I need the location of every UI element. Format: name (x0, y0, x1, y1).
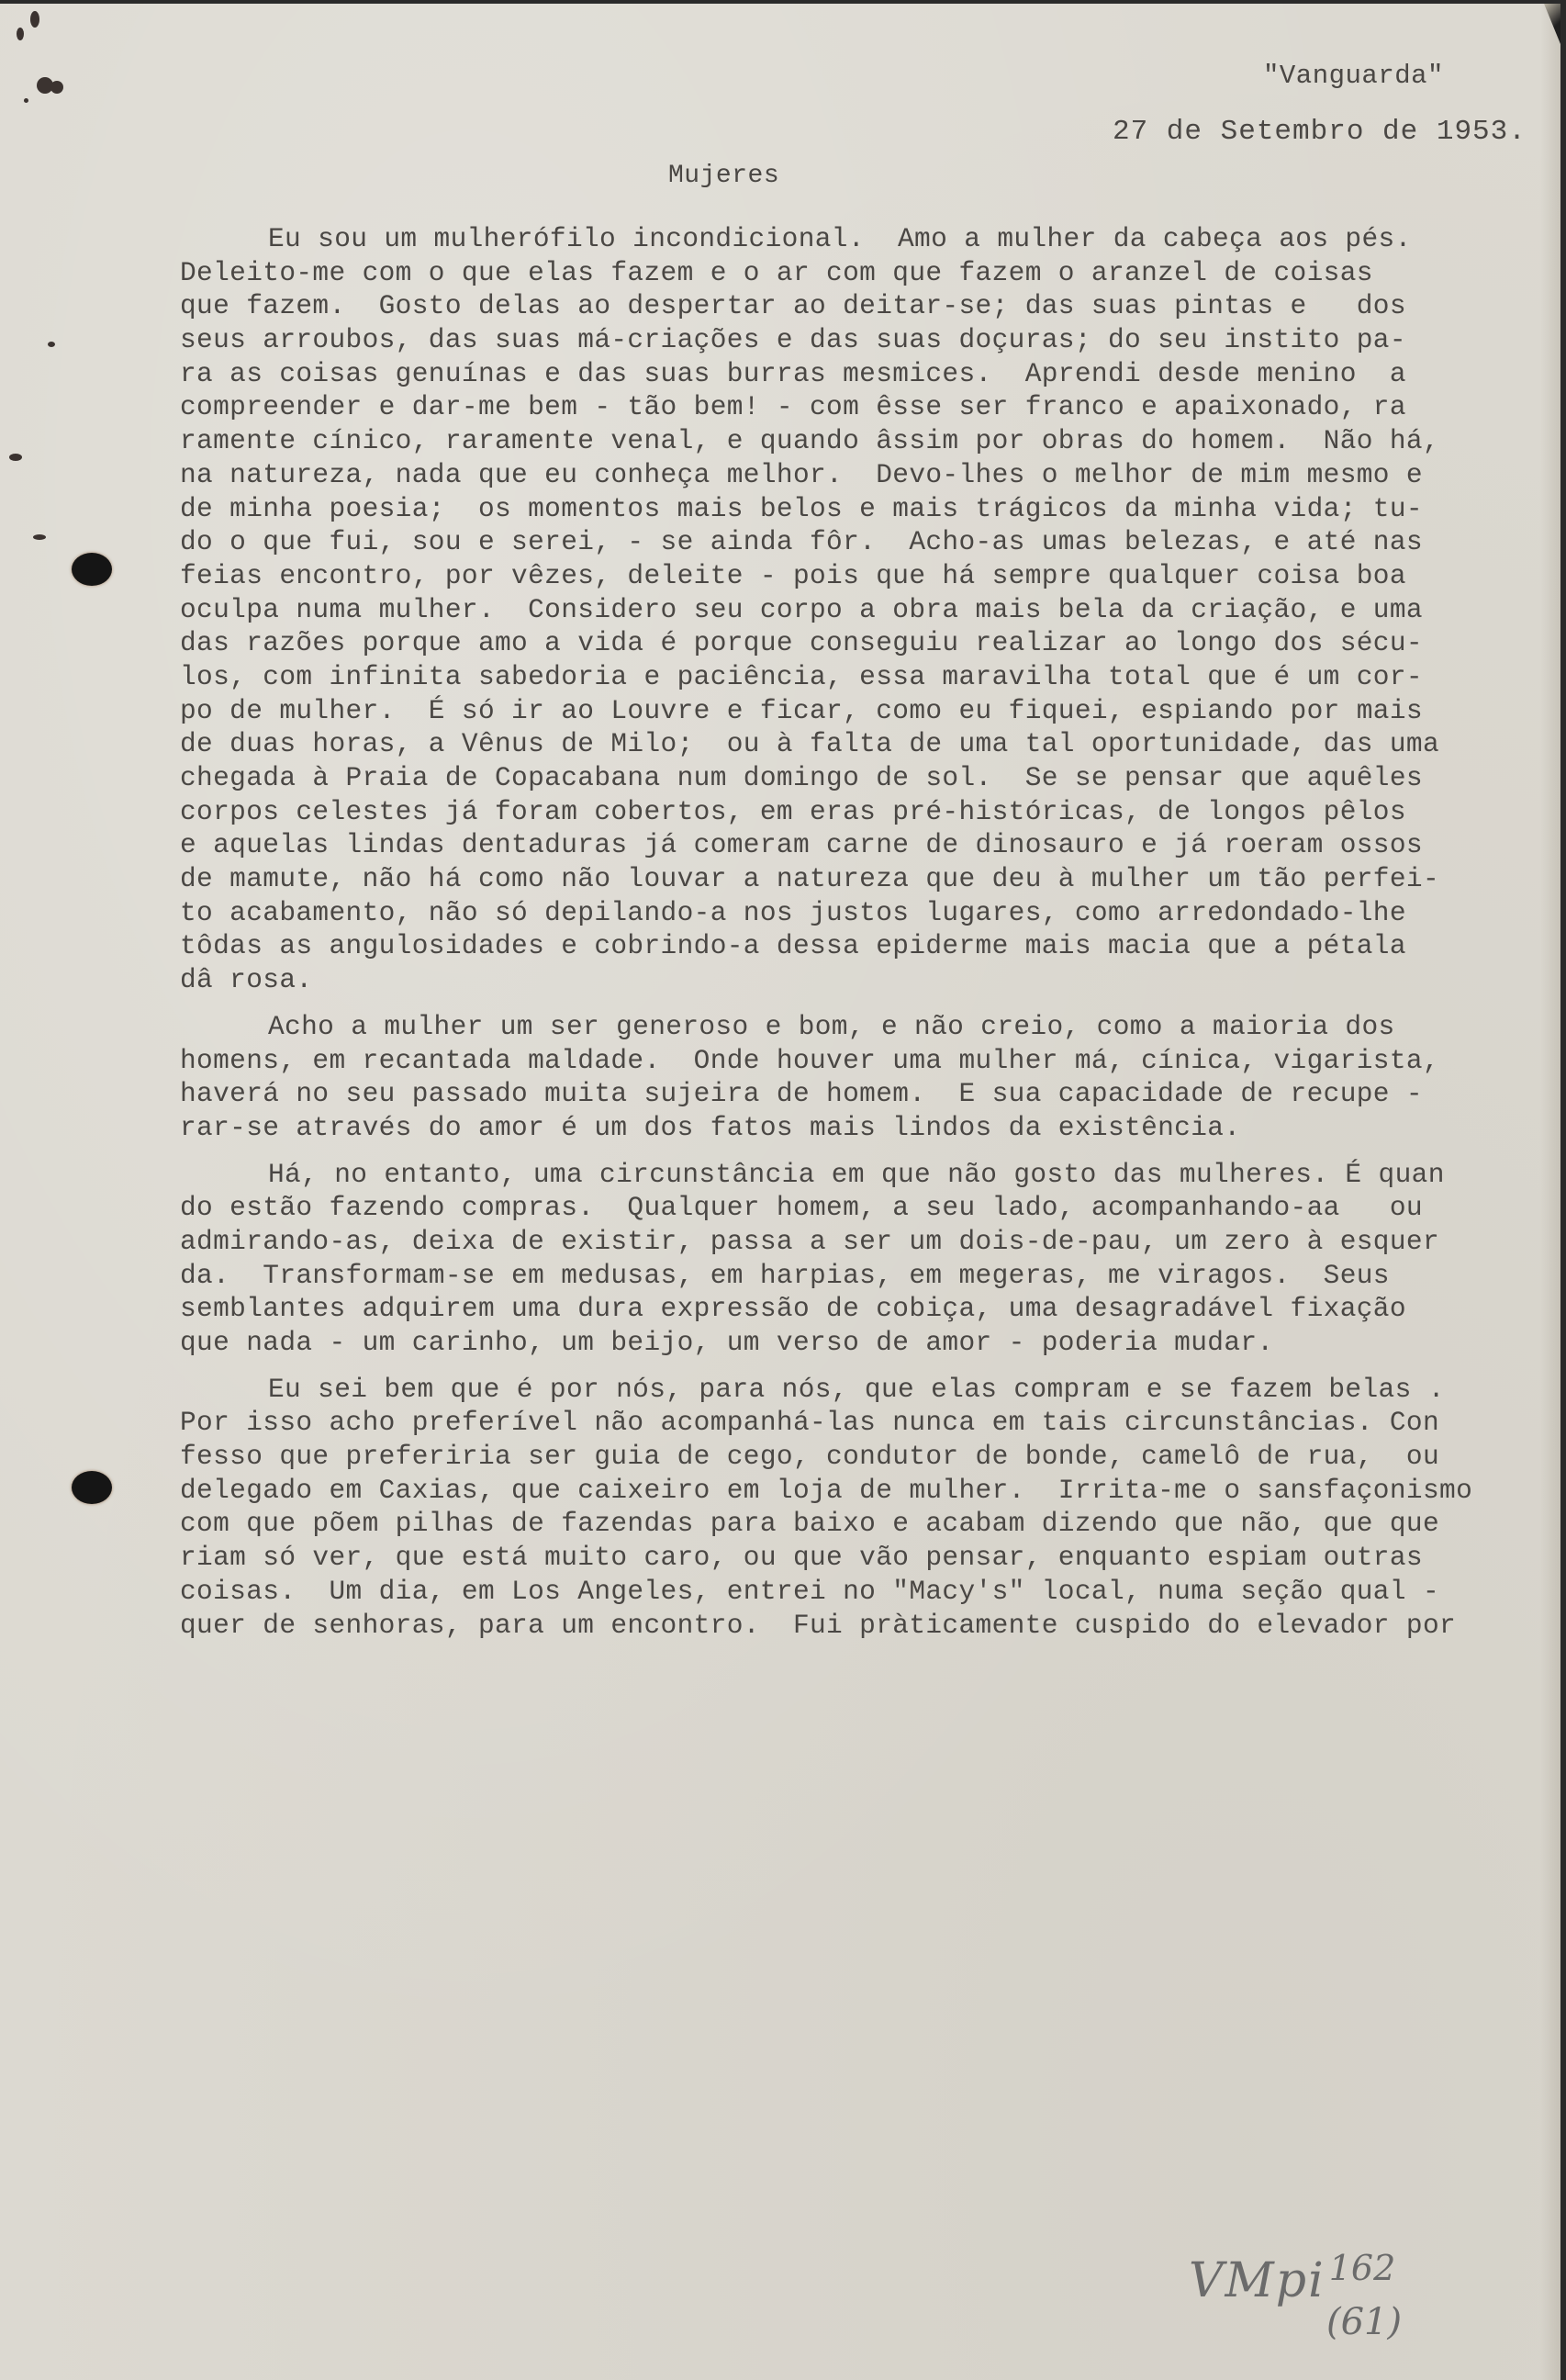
text-line: riam só ver, que está muito caro, ou que… (180, 1541, 1557, 1575)
text-line: Acho a mulher um ser generoso e bom, e n… (180, 1010, 1557, 1044)
text-line: to acabamento, não só depilando-a nos ju… (180, 896, 1557, 930)
paragraph-3: Há, no entanto, uma circunstância em que… (180, 1158, 1557, 1360)
text-line: Há, no entanto, uma circunstância em que… (180, 1158, 1557, 1192)
text-line: do o que fui, sou e serei, - se ainda fô… (180, 525, 1557, 559)
text-line: na natureza, nada que eu conheça melhor.… (180, 458, 1557, 492)
ink-speck (17, 28, 24, 40)
archive-annotation: VMpi162 (61) (1189, 2253, 1395, 2308)
text-line: compreender e dar-me bem - tão bem! - co… (180, 390, 1557, 424)
text-line: chegada à Praia de Copacabana num doming… (180, 761, 1557, 795)
ink-speck (9, 454, 22, 461)
ink-speck (48, 342, 55, 347)
text-line: fesso que preferiria ser guia de cego, c… (180, 1440, 1557, 1474)
ink-speck (30, 11, 39, 28)
text-line: Eu sou um mulheróf­ilo incondicional. Am… (180, 222, 1557, 256)
ink-speck (24, 98, 28, 103)
text-line: ramente cínico, raramente venal, e quand… (180, 424, 1557, 458)
text-line: quer de senhoras, para um encontro. Fui … (180, 1609, 1557, 1643)
text-line: haverá no seu passado muita sujeira de h… (180, 1077, 1557, 1111)
text-line: ra as coisas genuínas e das suas burras … (180, 357, 1557, 391)
text-line: Por isso acho preferível não acompanhá-l… (180, 1406, 1557, 1440)
text-line: feias encontro, por vêzes, deleite - poi… (180, 559, 1557, 593)
text-line: da. Transformam-se em medusas, em harpia… (180, 1259, 1557, 1293)
text-line: corpos celestes já foram cobertos, em er… (180, 795, 1557, 829)
text-line: los, com infinita sabedoria e paciência,… (180, 660, 1557, 694)
text-line: e aquelas lindas dentaduras já comeram c… (180, 828, 1557, 862)
text-line: de minha poesia; os momentos mais belos … (180, 492, 1557, 526)
text-line: do estão fazendo compras. Qualquer homem… (180, 1191, 1557, 1225)
paragraph-gap (180, 1360, 1557, 1373)
annotation-subnumber: (61) (1326, 2301, 1402, 2343)
typewritten-page: "Vanguarda" 27 de Setembro de 1953. Muje… (0, 4, 1560, 2380)
paragraph-gap (180, 1145, 1557, 1158)
text-line: coisas. Um dia, em Los Angeles, entrei n… (180, 1575, 1557, 1609)
text-line: que fazem. Gosto delas ao despertar ao d… (180, 289, 1557, 323)
article-body: Eu sou um mulheróf­ilo incondicional. Am… (180, 222, 1557, 1642)
binder-hole-lower (72, 1471, 112, 1504)
paragraph-4: Eu sei bem que é por nós, para nós, que … (180, 1373, 1557, 1643)
text-line: delegado em Caxias, que caixeiro em loja… (180, 1474, 1557, 1508)
paragraph-2: Acho a mulher um ser generoso e bom, e n… (180, 1010, 1557, 1145)
text-line: de duas horas, a Vênus de Milo; ou à fal… (180, 727, 1557, 761)
text-line: Deleito-me com o que elas fazem e o ar c… (180, 256, 1557, 290)
document-date: 27 de Setembro de 1953. (1113, 116, 1527, 148)
ink-speck (33, 534, 46, 540)
text-line: dâ rosa. (180, 963, 1557, 997)
text-line: oculpa numa mulher. Considero seu corpo … (180, 593, 1557, 627)
text-line: admirando-as, deixa de existir, passa a … (180, 1225, 1557, 1259)
text-line: Eu sei bem que é por nós, para nós, que … (180, 1373, 1557, 1407)
paragraph-1: Eu sou um mulheróf­ilo incondicional. Am… (180, 222, 1557, 997)
text-line: de mamute, não há como não louvar a natu… (180, 862, 1557, 896)
text-line: rar-se através do amor é um dos fatos ma… (180, 1111, 1557, 1145)
text-line: homens, em recantada maldade. Onde houve… (180, 1044, 1557, 1078)
newspaper-masthead: "Vanguarda" (1263, 61, 1444, 91)
text-line: que nada - um carinho, um beijo, um vers… (180, 1326, 1557, 1360)
annotation-code: VMpi (1189, 2253, 1326, 2308)
text-line: com que põem pilhas de fazendas para bai… (180, 1507, 1557, 1541)
text-line: das razões porque amo a vida é porque co… (180, 626, 1557, 660)
paragraph-gap (180, 997, 1557, 1010)
text-line: tôdas as angulosidades e cobrindo-a dess… (180, 929, 1557, 963)
annotation-number: 162 (1329, 2248, 1396, 2288)
text-line: po de mulher. É só ir ao Louvre e ficar,… (180, 694, 1557, 728)
ink-speck (50, 81, 63, 94)
text-line: semblantes adquirem uma dura expressão d… (180, 1292, 1557, 1326)
text-line: seus arroubos, das suas má-criações e da… (180, 323, 1557, 357)
article-title: Mujeres (668, 162, 779, 190)
binder-hole-upper (72, 553, 112, 586)
